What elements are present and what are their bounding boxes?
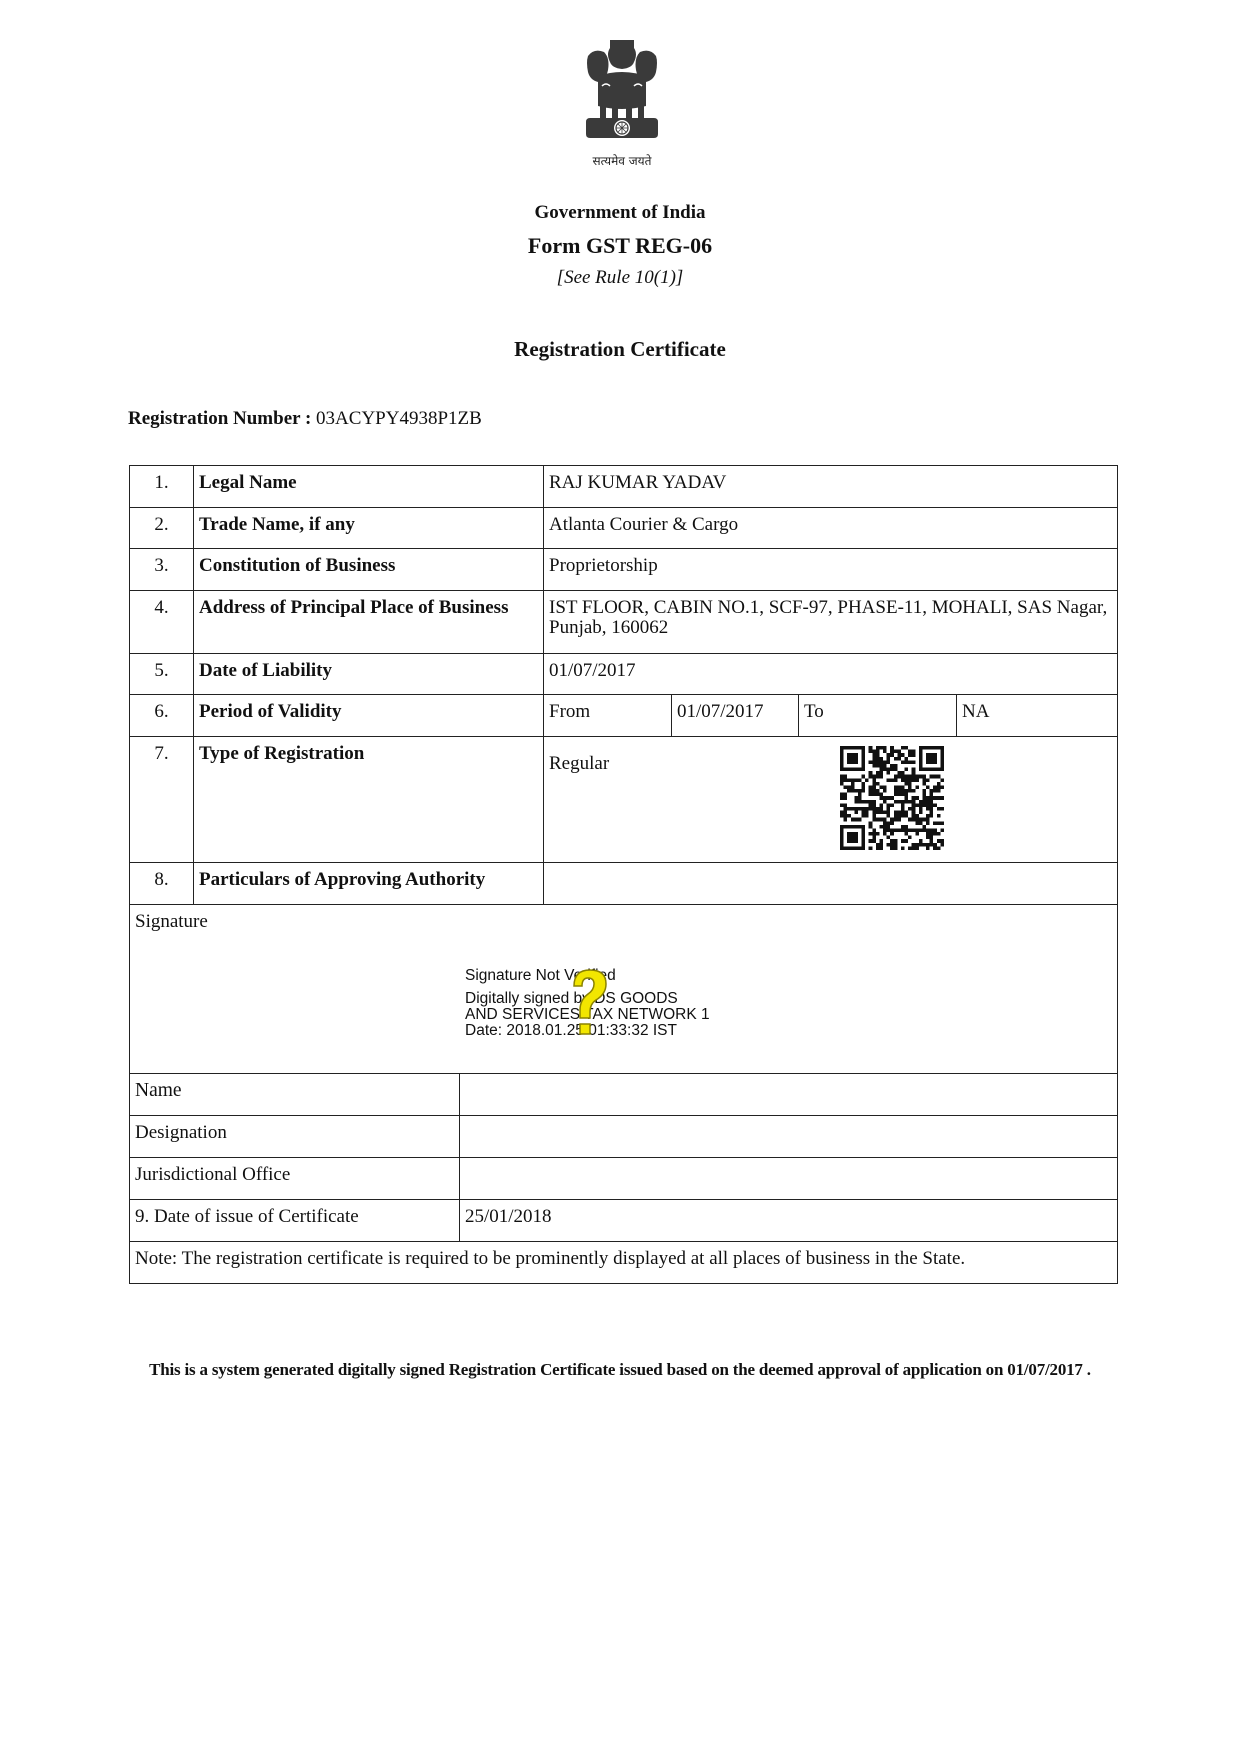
registration-number-label: Registration Number : [128,408,311,429]
row-label-trade-name: Trade Name, if any [193,507,544,549]
signature-label: Signature [135,911,208,932]
qr-code-icon [840,746,944,850]
legal-name-value: RAJ KUMAR YADAV [543,465,1118,508]
authority-name-label: Name [129,1073,460,1116]
row-label-date-of-liability: Date of Liability [193,653,544,695]
row-label-constitution: Constitution of Business [193,548,544,591]
validity-to-label: To [798,694,957,737]
form-title: Form GST REG-06 [0,233,1240,259]
row-serial: 6. [129,694,194,737]
designation-label: Designation [129,1115,460,1158]
registration-number-value: 03ACYPY4938P1ZB [316,408,482,429]
registration-type-value: Regular [543,736,1118,863]
row-label-registration-type: Type of Registration [193,736,544,863]
designation-value [459,1115,1118,1158]
validity-to-value: NA [956,694,1118,737]
question-mark-icon [568,966,608,1038]
approving-authority-value [543,862,1118,905]
row-serial: 5. [129,653,194,695]
issue-date-label: 9. Date of issue of Certificate [129,1199,460,1242]
row-serial: 3. [129,548,194,591]
row-serial: 4. [129,590,194,654]
row-label-legal-name: Legal Name [193,465,544,508]
rule-reference: [See Rule 10(1)] [0,267,1240,289]
row-serial: 1. [129,465,194,508]
row-label-address: Address of Principal Place of Business [193,590,544,654]
authority-name-value [459,1073,1118,1116]
national-emblem-icon [580,36,664,154]
row-label-approving-authority: Particulars of Approving Authority [193,862,544,905]
registration-number-line: Registration Number : 03ACYPY4938P1ZB [128,408,482,430]
validity-from-label: From [543,694,672,737]
address-value: IST FLOOR, CABIN NO.1, SCF-97, PHASE-11,… [543,590,1118,654]
jurisdictional-office-value [459,1157,1118,1200]
row-label-validity: Period of Validity [193,694,544,737]
row-serial: 7. [129,736,194,863]
trade-name-value: Atlanta Courier & Cargo [543,507,1118,549]
issue-date-value: 25/01/2018 [459,1199,1118,1242]
validity-from-value: 01/07/2017 [671,694,799,737]
constitution-value: Proprietorship [543,548,1118,591]
government-heading: Government of India [0,202,1240,224]
date-of-liability-value: 01/07/2017 [543,653,1118,695]
emblem-motto: सत्यमेव जयते [560,152,684,169]
system-generated-footer: This is a system generated digitally sig… [0,1360,1240,1380]
row-serial: 8. [129,862,194,905]
row-serial: 2. [129,507,194,549]
display-note: Note: The registration certificate is re… [129,1241,1118,1284]
certificate-title: Registration Certificate [0,337,1240,362]
jurisdictional-office-label: Jurisdictional Office [129,1157,460,1200]
